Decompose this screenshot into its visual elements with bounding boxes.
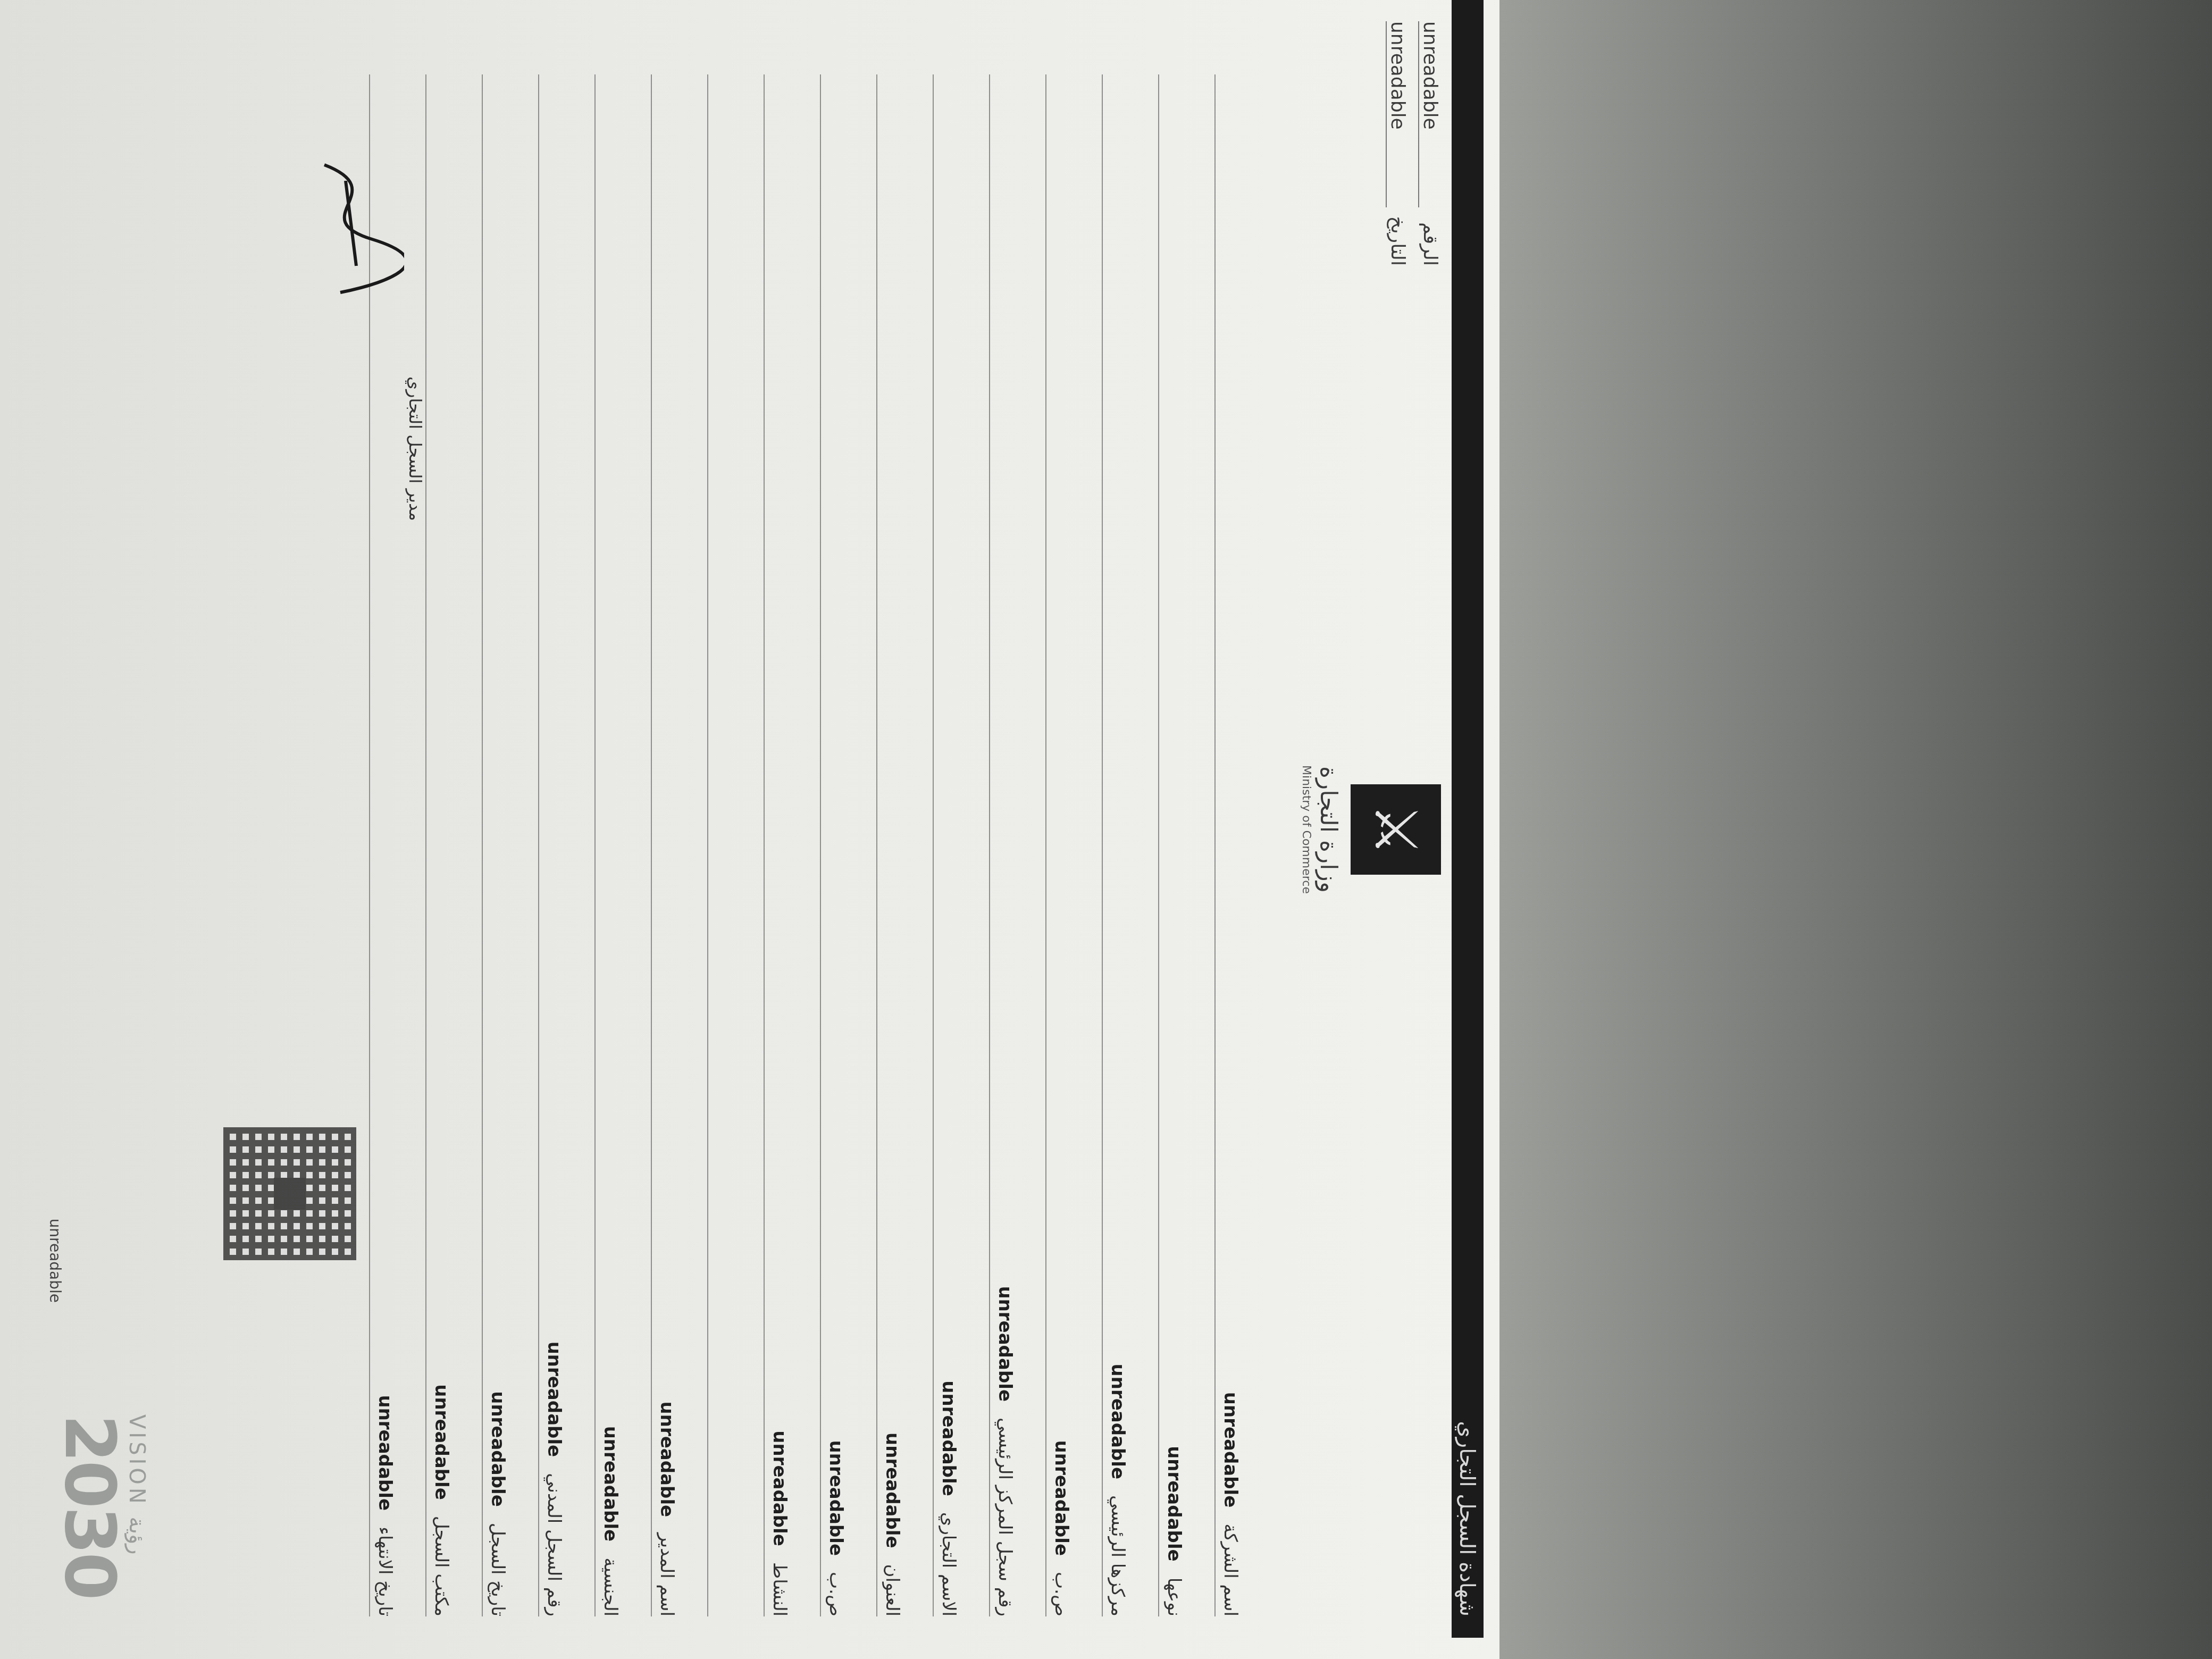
ministry-name-en: Ministry of Commerce: [1300, 665, 1313, 994]
palm-and-swords-icon: ⚔: [1351, 784, 1441, 875]
field-row: مكتب السجلunreadable: [425, 74, 482, 1616]
verification-note: unreadable: [46, 80, 64, 1303]
signature-icon: [298, 160, 404, 298]
signature-block: مدير السجل التجاري: [287, 43, 425, 521]
qr-center-emblem: [274, 1178, 306, 1210]
reference-date-value: unreadable: [1386, 21, 1409, 207]
field-row: اسم المديرunreadable: [651, 74, 707, 1616]
field-row: نوعهاunreadable: [1158, 74, 1214, 1616]
reference-block: الرقم unreadable التاريخ unreadable: [1376, 21, 1441, 266]
field-row: اسم الشركةunreadable: [1214, 74, 1271, 1616]
certificate-title: شهادة السجل التجاري: [1455, 1436, 1479, 1616]
field-row: الاسم التجاريunreadable: [933, 74, 989, 1616]
vision-2030-logo: VISION رؤية 2030: [16, 1414, 149, 1638]
field-row: النشاطunreadable: [764, 74, 820, 1616]
field-row: مركزها الرئيسيunreadable: [1102, 74, 1158, 1616]
qr-code: [223, 1127, 356, 1260]
certificate-fields: اسم الشركةunreadable نوعهاunreadable مرك…: [369, 74, 1271, 1616]
reference-date-label: التاريخ: [1386, 207, 1409, 266]
reference-date-row: التاريخ unreadable: [1386, 21, 1409, 266]
ministry-logo: ⚔ وزارة التجارة Ministry of Commerce: [1281, 665, 1441, 994]
reference-number-label: الرقم: [1418, 207, 1441, 266]
field-row: ص.بunreadable: [1045, 74, 1102, 1616]
field-row: ص.بunreadable: [820, 74, 876, 1616]
ministry-name-ar: وزارة التجارة: [1315, 665, 1342, 994]
field-row: [707, 74, 764, 1616]
certificate-page: شهادة السجل التجاري الرقم unreadable الت…: [0, 0, 1499, 1659]
header-ribbon: شهادة السجل التجاري: [1452, 0, 1484, 1638]
field-row: العنوانunreadable: [876, 74, 933, 1616]
reference-number-row: الرقم unreadable: [1418, 21, 1441, 266]
field-row: رقم السجل المدنيunreadable: [538, 74, 594, 1616]
reference-number-value: unreadable: [1418, 21, 1441, 207]
field-row: تاريخ السجلunreadable: [482, 74, 538, 1616]
signature-label: مدير السجل التجاري: [405, 43, 425, 521]
field-row: الجنسيةunreadable: [594, 74, 651, 1616]
field-row: رقم سجل المركز الرئيسيunreadable: [989, 74, 1045, 1616]
photo-background: [1499, 0, 2212, 1659]
